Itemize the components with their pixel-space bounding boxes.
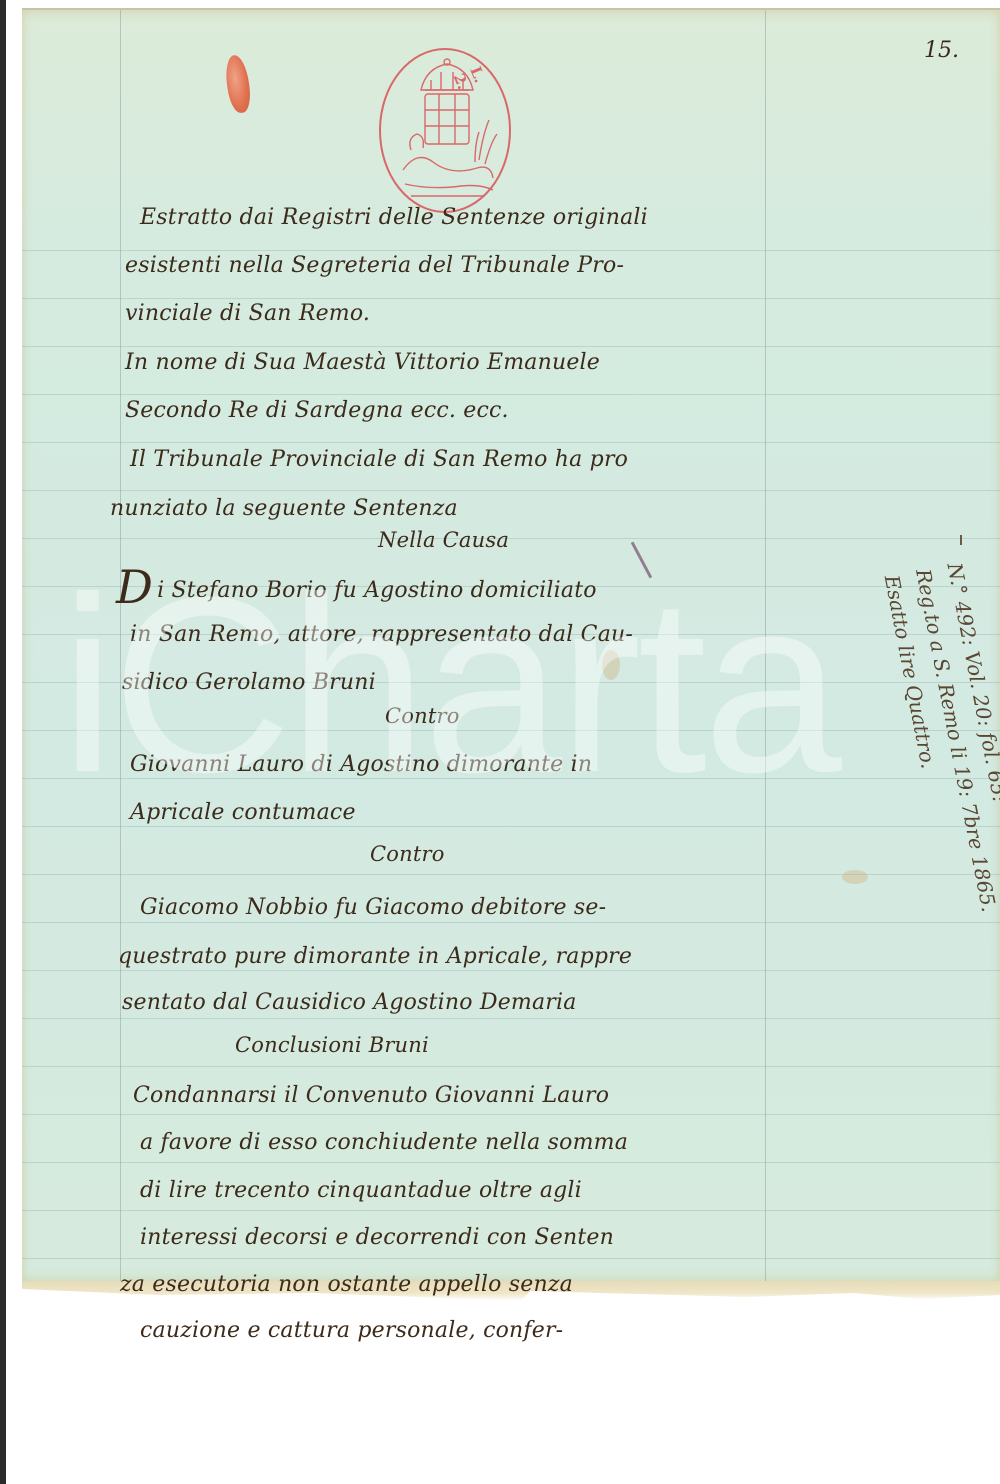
text-line: vinciale di San Remo. [125,301,370,326]
text-line: Il Tribunale Provinciale di San Remo ha … [130,447,628,472]
text-line: Estratto dai Registri delle Sentenze ori… [140,205,648,230]
text-line: Condannarsi il Convenuto Giovanni Lauro [133,1083,609,1108]
rule-line [22,298,1000,299]
coat-of-arms-icon [381,50,513,215]
scan-border [0,0,6,1484]
rule-line [22,730,1000,731]
rule-line [22,1018,1000,1019]
section-heading: Contro [385,704,460,728]
drop-cap: D [116,560,153,614]
section-heading: Nella Causa [378,528,509,552]
text-line: i Stefano Borio fu Agostino domiciliato [157,578,597,603]
paper-stain [842,870,868,884]
text-line: a favore di esso conchiudente nella somm… [140,1130,628,1155]
text-line: in San Remo, attore, rappresentato dal C… [130,622,633,647]
rule-line [22,1066,1000,1067]
rule-line [22,922,1000,923]
revenue-stamp: L. 2. [379,48,511,213]
section-heading: Contro [370,842,445,866]
text-line: sentato dal Causidico Agostino Demaria [122,990,577,1015]
text-line: questrato pure dimorante in Apricale, ra… [118,944,632,969]
text-line: In nome di Sua Maestà Vittorio Emanuele [125,350,600,375]
paper-stain [602,650,620,680]
rule-line [22,538,1000,539]
text-line: Secondo Re di Sardegna ecc. ecc. [125,398,509,423]
text-line: di lire trecento cinquantadue oltre agli [140,1178,582,1203]
text-line: nunziato la seguente Sentenza [110,496,458,521]
rule-line [22,346,1000,347]
text-line: interessi decorsi e decorrendi con Sente… [140,1225,614,1250]
text-line: Apricale contumace [130,800,356,825]
rule-line [22,826,1000,827]
rule-line [22,1210,1000,1211]
right-margin-line [765,10,766,1285]
rule-line [22,250,1000,251]
marginal-dash [960,535,962,545]
text-line: Giovanni Lauro di Agostino dimorante in [130,752,592,777]
rule-line [22,490,1000,491]
rule-line [22,442,1000,443]
text-line: cauzione e cattura personale, confer- [140,1318,563,1343]
text-line-with-drop-cap: Di Stefano Borio fu Agostino domiciliato [116,564,597,610]
rule-line [22,394,1000,395]
rule-line [22,1162,1000,1163]
text-line: sidico Gerolamo Bruni [122,670,376,695]
text-line: Giacomo Nobbio fu Giacomo debitore se- [140,895,606,920]
page-number: 15. [924,38,959,63]
text-line: za esecutoria non ostante appello senza [120,1272,573,1297]
rule-line [22,1114,1000,1115]
section-heading: Conclusioni Bruni [235,1033,429,1057]
left-margin-line [120,10,121,1285]
rule-line [22,970,1000,971]
text-line: esistenti nella Segreteria del Tribunale… [125,253,624,278]
rule-line [22,1258,1000,1259]
rule-line [22,778,1000,779]
